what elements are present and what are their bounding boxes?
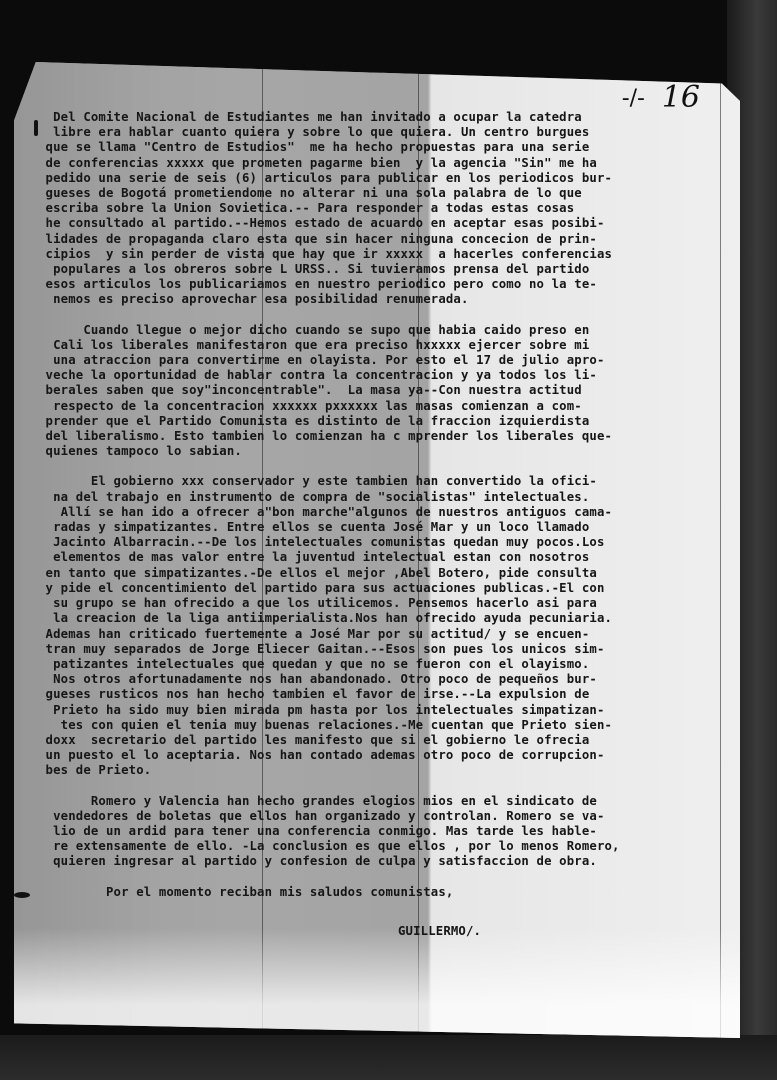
- text-line: populares a los obreros sobre L URSS.. S…: [38, 262, 738, 277]
- text-line: lio de un ardid para tener una conferenc…: [38, 824, 738, 839]
- text-line: la creacion de la liga antiimperialista.…: [38, 611, 738, 626]
- text-line: he consultado al partido.--Hemos estado …: [38, 216, 738, 231]
- text-line: esos articulos los publicariamos en nues…: [38, 277, 738, 292]
- text-line: Romero y Valencia han hecho grandes elog…: [38, 794, 738, 809]
- text-line: Cali los liberales manifestaron que era …: [38, 338, 738, 353]
- text-line: tes con quien el tenia muy buenas relaci…: [38, 718, 738, 733]
- text-line: Del Comite Nacional de Estudiantes me ha…: [38, 110, 738, 125]
- text-line: en tanto que simpatizantes.-De ellos el …: [38, 566, 738, 581]
- text-line: Cuando llegue o mejor dicho cuando se su…: [38, 323, 738, 338]
- scan-background-bottom: [0, 1035, 777, 1080]
- text-line: doxx secretario del partido les manifest…: [38, 733, 738, 748]
- text-line: que se llama "Centro de Estudios" me ha …: [38, 140, 738, 155]
- text-line: un puesto el lo aceptaria. Nos han conta…: [38, 748, 738, 763]
- page-strike-mark: -/-: [622, 86, 645, 111]
- text-line: El gobierno xxx conservador y este tambi…: [38, 474, 738, 489]
- text-line: berales saben que soy"inconcentrable". L…: [38, 383, 738, 398]
- text-line: una atraccion para convertirme en olayis…: [38, 353, 738, 368]
- text-line: gueses rusticos nos han hecho tambien el…: [38, 687, 738, 702]
- text-line: escriba sobre la Union Sovietica.-- Para…: [38, 201, 738, 216]
- text-line: cipios y sin perder de vista que hay que…: [38, 247, 738, 262]
- text-line: Ademas han criticado fuertemente a José …: [38, 627, 738, 642]
- text-line: elementos de mas valor entre la juventud…: [38, 550, 738, 565]
- ink-mark: [34, 120, 38, 136]
- closing-line: Por el momento reciban mis saludos comun…: [38, 885, 738, 900]
- page-number: 16: [662, 80, 700, 115]
- text-line: veche la oportunidad de hablar contra la…: [38, 368, 738, 383]
- paragraph-1: Del Comite Nacional de Estudiantes me ha…: [38, 110, 738, 308]
- text-line: Jacinto Albarracin.--De los intelectuale…: [38, 535, 738, 550]
- text-line: patizantes intelectuales que quedan y qu…: [38, 657, 738, 672]
- text-line: re extensamente de ello. -La conclusion …: [38, 839, 738, 854]
- text-line: de conferencias xxxxx que prometen pagar…: [38, 156, 738, 171]
- text-line: del liberalismo. Esto tambien lo comienz…: [38, 429, 738, 444]
- paragraph-4: Romero y Valencia han hecho grandes elog…: [38, 794, 738, 870]
- paragraph-2: Cuando llegue o mejor dicho cuando se su…: [38, 323, 738, 460]
- text-line: tran muy separados de Jorge Eliecer Gait…: [38, 642, 738, 657]
- text-line: na del trabajo en instrumento de compra …: [38, 490, 738, 505]
- text-line: radas y simpatizantes. Entre ellos se cu…: [38, 520, 738, 535]
- text-line: quienes tampoco lo sabian.: [38, 444, 738, 459]
- signature: GUILLERMO/.: [38, 924, 738, 939]
- text-line: gueses de Bogotá prometiendome no altera…: [38, 186, 738, 201]
- ink-blot: [14, 892, 30, 898]
- text-line: Allí se han ido a ofrecer a"bon marche"a…: [38, 505, 738, 520]
- text-line: Nos otros afortunadamente nos han abando…: [38, 672, 738, 687]
- document-page: -/- 16 Del Comite Nacional de Estudiante…: [14, 62, 740, 1038]
- letter-body: Del Comite Nacional de Estudiantes me ha…: [38, 110, 738, 939]
- text-line: libre era hablar cuanto quiera y sobre l…: [38, 125, 738, 140]
- text-line: lidades de propaganda claro esta que sin…: [38, 232, 738, 247]
- text-line: prender que el Partido Comunista es dist…: [38, 414, 738, 429]
- text-line: quieren ingresar al partido y confesion …: [38, 854, 738, 869]
- text-line: su grupo se han ofrecido a que los utili…: [38, 596, 738, 611]
- text-line: vendedores de boletas que ellos han orga…: [38, 809, 738, 824]
- paragraph-3: El gobierno xxx conservador y este tambi…: [38, 474, 738, 778]
- text-line: respecto de la concentracion xxxxxx pxxx…: [38, 399, 738, 414]
- text-line: bes de Prieto.: [38, 763, 738, 778]
- text-line: pedido una serie de seis (6) articulos p…: [38, 171, 738, 186]
- text-line: nemos es preciso aprovechar esa posibili…: [38, 292, 738, 307]
- text-line: Prieto ha sido muy bien mirada pm hasta …: [38, 703, 738, 718]
- text-line: y pide el concentimiento del partido par…: [38, 581, 738, 596]
